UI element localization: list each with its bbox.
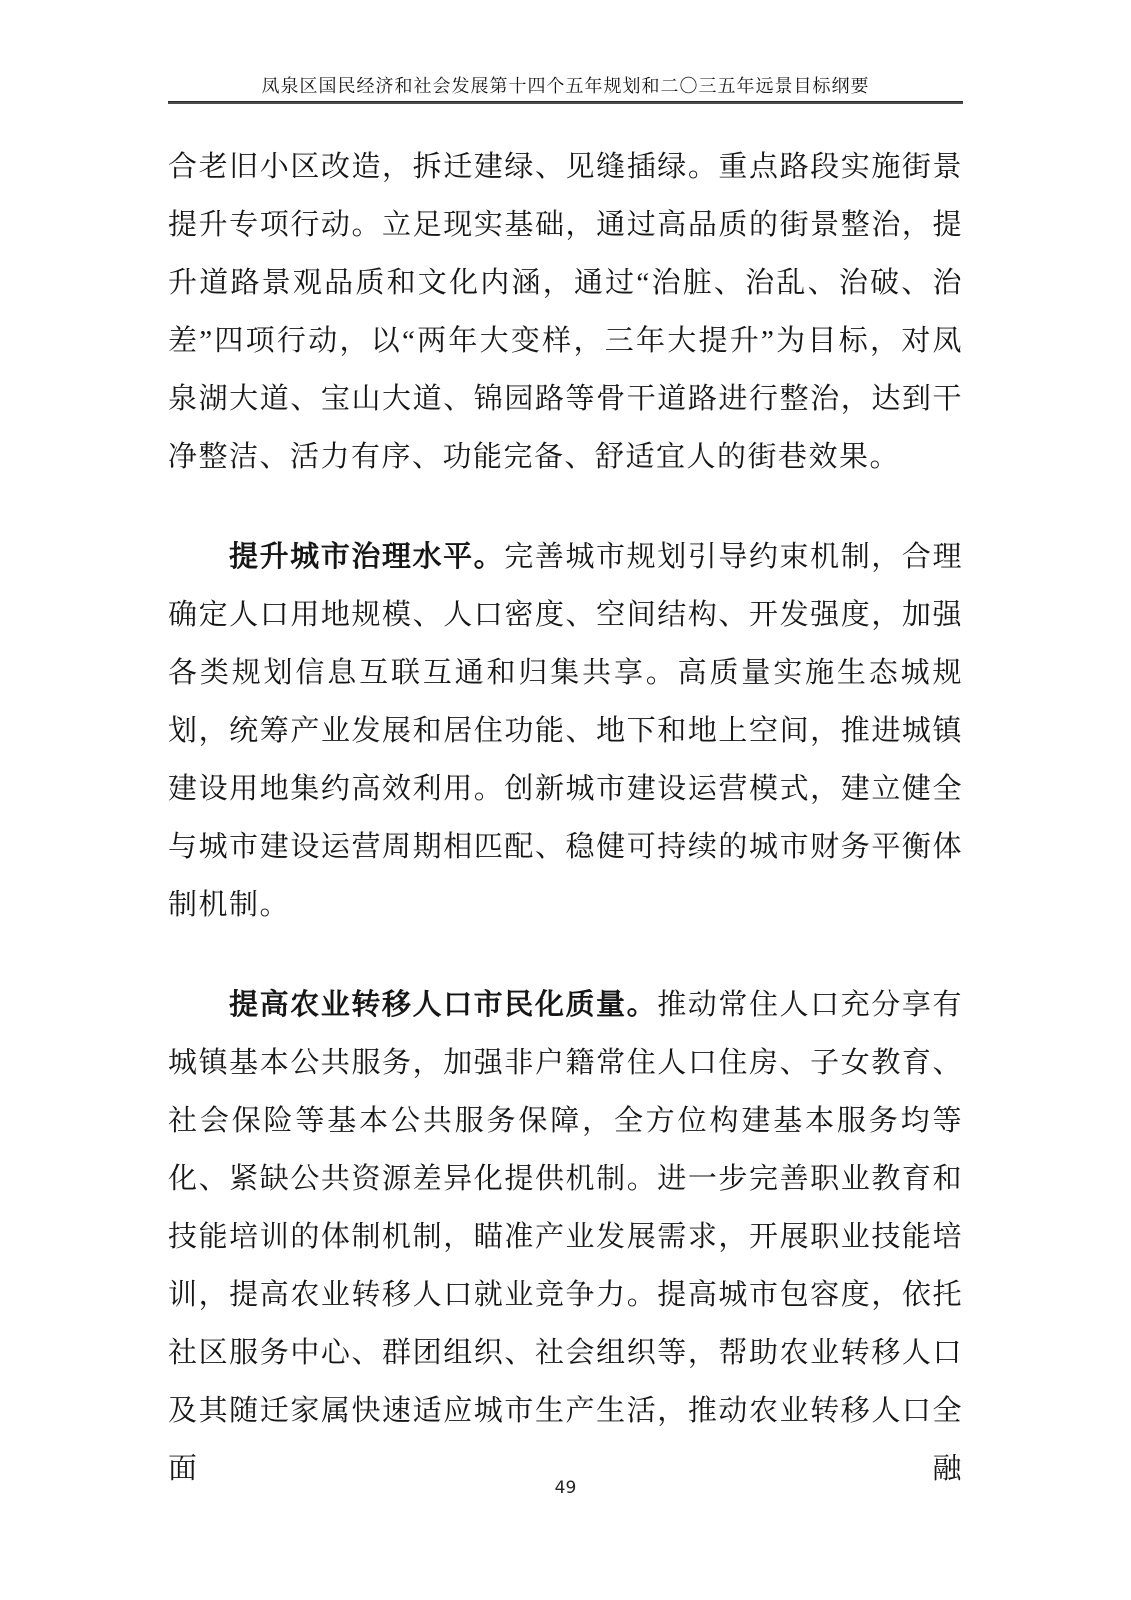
header-rule [168,101,963,104]
header-title: 凤泉区国民经济和社会发展第十四个五年规划和二〇三五年远景目标纲要 [168,74,963,98]
page-footer: 49 [0,1478,1131,1498]
paragraph-text: 合老旧小区改造，拆迁建绿、见缝插绿。重点路段实施街景提升专项行动。立足现实基础，… [168,151,963,473]
paragraph: 合老旧小区改造，拆迁建绿、见缝插绿。重点路段实施街景提升专项行动。立足现实基础，… [168,138,963,486]
page-number: 49 [555,1478,577,1498]
paragraph: 提高农业转移人口市民化质量。推动常住人口充分享有城镇基本公共服务，加强非户籍常住… [168,976,963,1498]
paragraph-text: 推动常住人口充分享有城镇基本公共服务，加强非户籍常住人口住房、子女教育、社会保险… [168,989,963,1485]
page-header: 凤泉区国民经济和社会发展第十四个五年规划和二〇三五年远景目标纲要 [168,74,963,104]
paragraph-text: 完善城市规划引导约束机制，合理确定人口用地规模、人口密度、空间结构、开发强度，加… [168,541,963,921]
paragraph-lead: 提高农业转移人口市民化质量。 [229,989,657,1021]
paragraph-lead: 提升城市治理水平。 [229,541,504,573]
paragraph: 提升城市治理水平。完善城市规划引导约束机制，合理确定人口用地规模、人口密度、空间… [168,528,963,934]
document-page: 凤泉区国民经济和社会发展第十四个五年规划和二〇三五年远景目标纲要 合老旧小区改造… [0,0,1131,1600]
document-body: 合老旧小区改造，拆迁建绿、见缝插绿。重点路段实施街景提升专项行动。立足现实基础，… [168,138,963,1498]
